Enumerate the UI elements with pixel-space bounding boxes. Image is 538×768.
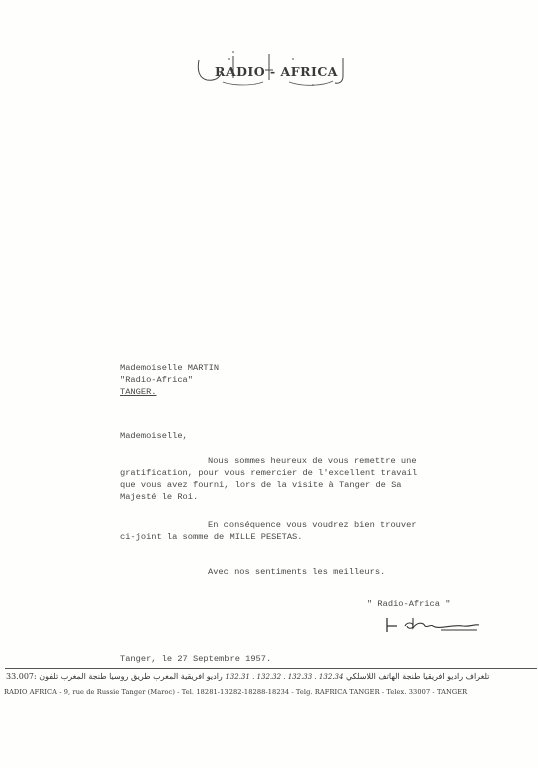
footer-phone-numbers: 132.34 . 132.33 . 132.32 . 132.31: [225, 673, 343, 681]
paragraph2-line1: En conséquence vous voudrez bien trouver: [208, 519, 417, 531]
paragraph1-line2: gratification, pour vous remercier de l'…: [120, 467, 417, 479]
letterhead-logo: RADIO - AFRICA: [193, 50, 353, 90]
sender-name: " Radio-Africa ": [367, 598, 450, 610]
place-and-date: Tanger, le 27 Septembre 1957.: [120, 653, 271, 665]
recipient-name: Mademoiselle MARTIN: [120, 362, 219, 374]
paragraph2-line2: ci-joint la somme de MILLE PESETAS.: [120, 531, 302, 543]
closing: Avec nos sentiments les meilleurs.: [208, 566, 385, 578]
paragraph1-line1: Nous sommes heureux de vous remettre une: [208, 455, 417, 467]
footer-divider: [5, 668, 537, 669]
salutation: Mademoiselle,: [120, 430, 188, 442]
letterhead-title: RADIO - AFRICA: [215, 64, 338, 79]
footer-arabic-line: 33.007: تلغراف راديو افريقيا طنجة الهاتف…: [6, 672, 489, 681]
footer-latin-address: RADIO AFRICA - 9, rue de Russie Tanger (…: [4, 688, 467, 696]
letter-page: RADIO - AFRICA Mademoiselle MARTIN "Radi…: [0, 0, 538, 768]
footer-arabic-right: راديو افريقية المغرب طريق روسيا طنجة الم…: [39, 672, 223, 681]
paragraph1-line3: que vous avez fourni, lors de la visite …: [120, 479, 402, 491]
recipient-org: "Radio-Africa": [120, 374, 193, 386]
recipient-city: TANGER.: [120, 386, 157, 398]
paragraph1-line4: Majesté le Roi.: [120, 491, 198, 503]
signature-icon: [383, 614, 483, 636]
